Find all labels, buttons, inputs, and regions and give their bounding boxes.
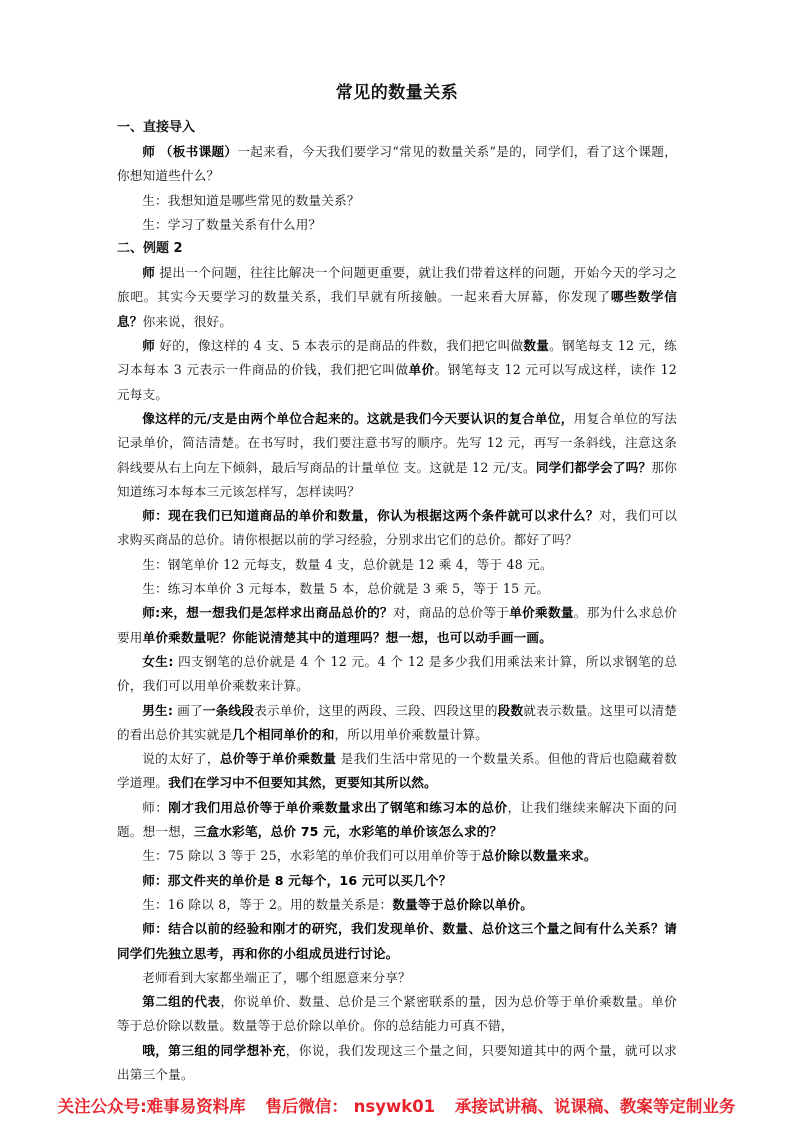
bold-text-run: 师 bbox=[142, 338, 155, 353]
paragraph: 师：现在我们已知道商品的单价和数量，你认为根据这两个条件就可以求什么？对，我们可… bbox=[117, 504, 677, 553]
paragraph: 师 （板书课题）一起来看，今天我们要学习“常见的数量关系”是的，同学们，看了这个… bbox=[117, 140, 677, 189]
bold-text-run: 单价乘数量 bbox=[509, 605, 574, 620]
paragraph: 像这样的元/支是由两个单位合起来的。这就是我们今天要认识的复合单位，用复合单位的… bbox=[117, 407, 677, 504]
section-intro-body: 师 （板书课题）一起来看，今天我们要学习“常见的数量关系”是的，同学们，看了这个… bbox=[117, 140, 677, 237]
paragraph: 师：那文件夹的单价是 8 元每个，16 元可以买几个？ bbox=[117, 869, 677, 893]
bold-text-run: 总价除以数量来求。 bbox=[482, 848, 597, 863]
text-run: 生：练习本单价 3 元每本，数量 5 本，总价就是 3 乘 5，等于 15 元。 bbox=[142, 581, 549, 596]
paragraph: 第二组的代表，你说单价、数量、总价是三个紧密联系的量，因为总价等于单价乘数量。单… bbox=[117, 990, 677, 1039]
text-run: 生：16 除以 8，等于 2。用的数量关系是： bbox=[142, 897, 392, 912]
bold-text-run: 同学们都学会了吗？ bbox=[536, 460, 652, 475]
bold-text-run: 三盒水彩笔，总价 75 元，水彩笔的单价该怎么求的？ bbox=[194, 824, 503, 839]
paragraph: 说的太好了，总价等于单价乘数量 是我们生活中常见的一个数量关系。但他的背后也隐藏… bbox=[117, 747, 677, 796]
text-run: 画了 bbox=[173, 703, 203, 718]
paragraph: 哦，第三组的同学想补充，你说，我们发现这三个量之间，只要知道其中的两个量，就可以… bbox=[117, 1039, 677, 1088]
section-example-body: 师 提出一个问题，往往比解决一个问题更重要，就让我们带着这样的问题，开始今天的学… bbox=[117, 261, 677, 1087]
paragraph: 师：结合以前的经验和刚才的研究，我们发现单价、数量、总价这三个量之间有什么关系？… bbox=[117, 917, 677, 966]
paragraph: 师 好的，像这样的 4 支、5 本表示的是商品的件数，我们把它叫做数量。钢笔每支… bbox=[117, 334, 677, 407]
text-run: 说的太好了， bbox=[142, 751, 220, 766]
bold-text-run: 像这样的元/支是由两个单位合起来的。这就是我们今天要认识的复合单位， bbox=[142, 411, 574, 426]
bold-text-run: 师：现在我们已知道商品的单价和数量，你认为根据这两个条件就可以求什么？ bbox=[142, 508, 599, 523]
footer-service-offer: 承接试讲稿、说课稿、教案等定制业务 bbox=[455, 1097, 736, 1116]
bold-text-run: 总价等于单价乘数量 bbox=[220, 751, 336, 766]
bold-text-run: 男生: bbox=[142, 703, 173, 718]
paragraph: 师:来，想一想我们是怎样求出商品总价的？对，商品的总价等于单价乘数量。那为什么求… bbox=[117, 601, 677, 650]
bold-text-run: 女生: bbox=[142, 654, 173, 669]
section-intro: 一、直接导入 师 （板书课题）一起来看，今天我们要学习“常见的数量关系”是的，同… bbox=[117, 116, 677, 237]
paragraph: 老师看到大家都坐端正了，哪个组愿意来分享？ bbox=[117, 966, 677, 990]
paragraph: 师 提出一个问题，往往比解决一个问题更重要，就让我们带着这样的问题，开始今天的学… bbox=[117, 261, 677, 334]
bold-text-run: 哦，第三组的同学想补充 bbox=[142, 1043, 286, 1058]
paragraph: 生：我想知道是哪些常见的数量关系？ bbox=[117, 189, 677, 213]
document-title: 常见的数量关系 bbox=[117, 82, 677, 104]
bold-text-run: 师：那文件夹的单价是 8 元每个，16 元可以买几个？ bbox=[142, 873, 451, 888]
text-run: 老师看到大家都坐端正了，哪个组愿意来分享？ bbox=[142, 970, 411, 985]
text-run: 你来说，很好。 bbox=[143, 314, 233, 329]
bold-text-run: 单价 bbox=[409, 362, 435, 377]
section-heading-intro: 一、直接导入 bbox=[117, 116, 677, 140]
paragraph: 女生: 四支钢笔的总价就是 4 个 12 元。4 个 12 是多少我们用乘法来计… bbox=[117, 650, 677, 699]
section-example: 二、例题 2 师 提出一个问题，往往比解决一个问题更重要，就让我们带着这样的问题… bbox=[117, 237, 677, 1087]
bold-text-run: 师：结合以前的经验和刚才的研究，我们发现单价、数量、总价这三个量之间有什么关系？… bbox=[117, 921, 677, 960]
bold-text-run: 师 bbox=[142, 265, 155, 280]
paragraph: 男生: 画了一条线段表示单价，这里的两段、三段、四段这里的段数就表示数量。这里可… bbox=[117, 699, 677, 748]
document-page: 常见的数量关系 一、直接导入 师 （板书课题）一起来看，今天我们要学习“常见的数… bbox=[117, 82, 677, 1087]
paragraph: 师：刚才我们用总价等于单价乘数量求出了钢笔和练习本的总价，让我们继续来解决下面的… bbox=[117, 796, 677, 845]
paragraph: 生：学习了数量关系有什么用？ bbox=[117, 213, 677, 237]
paragraph: 生：练习本单价 3 元每本，数量 5 本，总价就是 3 乘 5，等于 15 元。 bbox=[117, 577, 677, 601]
text-run: 生：学习了数量关系有什么用？ bbox=[142, 217, 321, 232]
text-run: 生：我想知道是哪些常见的数量关系？ bbox=[142, 193, 360, 208]
bold-text-run: 几个相同单价的和 bbox=[232, 727, 334, 742]
footer-banner: 关注公众号:难事易资料库 售后微信： nsywk01 承接试讲稿、说课稿、教案等… bbox=[0, 1095, 793, 1119]
bold-text-run: 单价乘数量呢？你能说清楚其中的道理吗？想一想，也可以动手画一画。 bbox=[143, 630, 552, 645]
bold-text-run: 数量等于总价除以单价。 bbox=[392, 897, 533, 912]
text-run: 对，商品的总价等于 bbox=[393, 605, 509, 620]
bold-text-run: 第二组的代表 bbox=[142, 994, 220, 1009]
bold-text-run: 一条线段 bbox=[203, 703, 254, 718]
section-heading-example: 二、例题 2 bbox=[117, 237, 677, 261]
bold-text-run: 师 （板书课题） bbox=[142, 144, 237, 159]
text-run: 生：75 除以 3 等于 25，水彩笔的单价我们可以用单价等于 bbox=[142, 848, 481, 863]
text-run: ，所以用单价乘数量计算。 bbox=[335, 727, 489, 742]
text-run: 提出一个问题，往往比解决一个问题更重要，就让我们带着这样的问题，开始今天的学习之… bbox=[117, 265, 677, 304]
bold-text-run: 段数 bbox=[498, 703, 524, 718]
text-run: 师： bbox=[142, 800, 168, 815]
bold-text-run: 刚才我们用总价等于单价乘数量求出了钢笔和练习本的总价 bbox=[168, 800, 507, 815]
bold-text-run: 数量 bbox=[523, 338, 549, 353]
footer-wechat-account: 关注公众号:难事易资料库 bbox=[58, 1097, 246, 1116]
text-run: 表示单价，这里的两段、三段、四段这里的 bbox=[254, 703, 497, 718]
text-run: 生：钢笔单价 12 元每支，数量 4 支，总价就是 12 乘 4，等于 48 元… bbox=[142, 557, 553, 572]
text-run: 好的，像这样的 4 支、5 本表示的是商品的件数，我们把它叫做 bbox=[155, 338, 523, 353]
bold-text-run: 我们在学习中不但要知其然，更要知其所以然。 bbox=[168, 775, 437, 790]
bold-text-run: 师:来，想一想我们是怎样求出商品总价的？ bbox=[142, 605, 393, 620]
footer-service-contact: 售后微信： nsywk01 bbox=[265, 1097, 435, 1116]
paragraph: 生：75 除以 3 等于 25，水彩笔的单价我们可以用单价等于总价除以数量来求。 bbox=[117, 844, 677, 868]
paragraph: 生：16 除以 8，等于 2。用的数量关系是：数量等于总价除以单价。 bbox=[117, 893, 677, 917]
paragraph: 生：钢笔单价 12 元每支，数量 4 支，总价就是 12 乘 4，等于 48 元… bbox=[117, 553, 677, 577]
text-run: 四支钢笔的总价就是 4 个 12 元。4 个 12 是多少我们用乘法来计算，所以… bbox=[117, 654, 677, 693]
